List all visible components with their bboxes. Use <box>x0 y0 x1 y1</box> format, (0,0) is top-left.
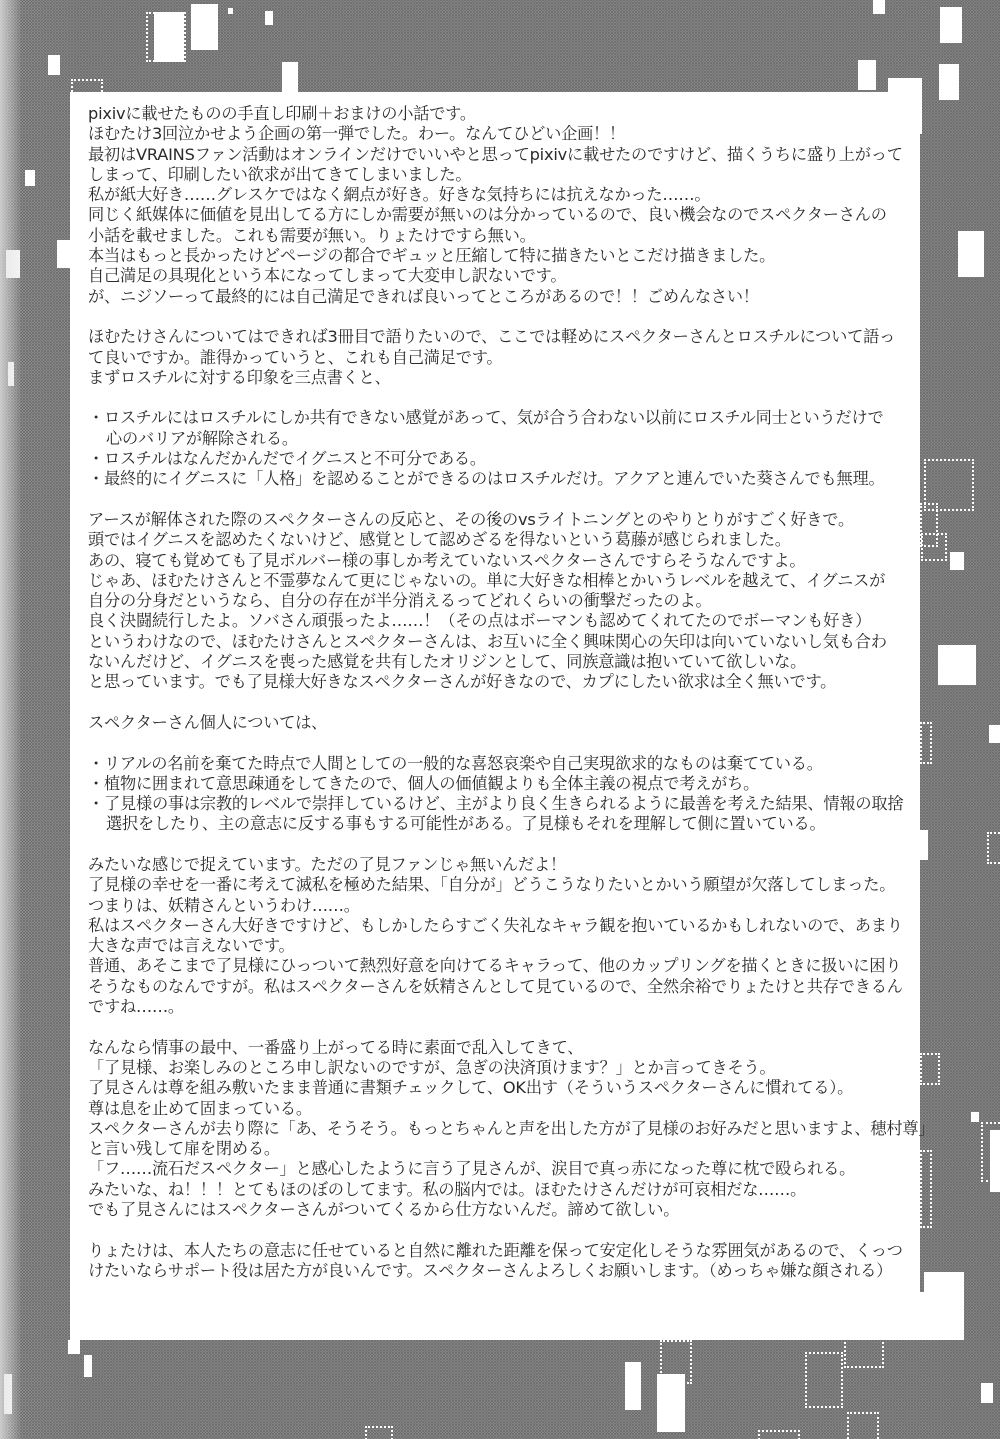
decor-block <box>191 4 218 50</box>
text-line: みたいな、ね！！！とてもほのぼのしてます。私の脳内では。ほむたけさんだけが可哀相… <box>88 1180 908 1200</box>
text-line: ほむたけ3回泣かせよう企画の第一弾でした。わー。なんてひどい企画！！ <box>88 124 908 144</box>
decor-outline <box>920 722 932 764</box>
text-line: ですね……。 <box>88 997 908 1017</box>
text-line: と思っています。でも了見様大好きなスペクターさんが好きなので、カプにしたい欲求は… <box>88 672 908 692</box>
text-line: けたいならサポート役は居た方が良いんです。スペクターさんよろしくお願いします。（… <box>88 1261 908 1281</box>
decor-block <box>939 64 959 100</box>
afterword-text: pixivに載せたものの手直し印刷＋おまけの小話です。 ほむたけ3回泣かせよう企… <box>88 104 908 1302</box>
text-line: ないんだけど、イグニスを喪った感覚を共有したオリジンとして、同族意識は抱いていて… <box>88 652 908 672</box>
text-line: て良いですか。誰得かっていうと、これも自己満足です。 <box>88 348 908 368</box>
paragraph-loschil-intro: ほむたけさんについてはできれば3冊目で語りたいので、ここでは軽めにスペクターさん… <box>88 327 908 388</box>
decor-block <box>950 552 964 570</box>
decor-block <box>920 830 928 860</box>
text-line: 了見様の幸せを一番に考えて滅私を極めた結果、「自分が」どうこうなりたいとかいう願… <box>88 875 908 895</box>
decor-block <box>8 362 14 386</box>
decor-block <box>625 1362 641 1410</box>
decor-block <box>938 645 976 685</box>
decor-outline <box>921 533 947 561</box>
list-item: ・植物に囲まれて意思疎通をしてきたので、個人の価値観よりも全体主義の視点で考えが… <box>88 774 908 794</box>
text-line: しまって、印刷したい欲求が出てきてしまいました。 <box>88 165 908 185</box>
decor-block <box>873 0 885 14</box>
decor-outline <box>758 1430 800 1439</box>
text-line: 心のバリアが解除される。 <box>88 429 908 449</box>
text-line: ・植物に囲まれて意思疎通をしてきたので、個人の価値観よりも全体主義の視点で考えが… <box>88 774 908 794</box>
decor-block <box>282 62 298 92</box>
text-line: ・ロスチルにはロスチルにしか共有できない感覚があって、気が合う合わない以前にロス… <box>88 408 908 428</box>
text-line: なんなら情事の最中、一番盛り上がってる時に素面で乱入してきて、 <box>88 1038 908 1058</box>
panel-notch <box>918 1292 962 1340</box>
text-line: 選択をしたり、主の意志に反する事もする可能性がある。了見様もそれを理解して側に置… <box>88 814 908 834</box>
text-line: 最初はVRAINSファン活動はオンラインだけでいいやと思ってpixivに載せたの… <box>88 145 908 165</box>
text-line: と言い残して扉を閉める。 <box>88 1139 908 1159</box>
decor-outline <box>920 1053 940 1085</box>
decor-outline <box>987 832 1000 864</box>
decor-block <box>25 170 35 186</box>
decor-outline <box>660 1340 692 1384</box>
text-line: ・リアルの名前を棄てた時点で人間としての一般的な喜怒哀楽や自己実現欲求的なものは… <box>88 754 908 774</box>
text-line: スペクターさんが去り際に「あ、そうそう。もっとちゃんと声を出した方が了見様のお好… <box>88 1119 908 1139</box>
text-line: アースが解体された際のスペクターさんの反応と、その後のvsライトニングとのやりと… <box>88 510 908 530</box>
text-line: りょたけは、本人たちの意志に任せていると自然に離れた距離を保って安定化しそうな雰… <box>88 1241 908 1261</box>
paragraph-intro: pixivに載せたものの手直し印刷＋おまけの小話です。 ほむたけ3回泣かせよう企… <box>88 104 908 307</box>
decor-block <box>990 1130 1000 1192</box>
text-line: 「了見様、お楽しみのところ申し訳ないのですが、急ぎの決済頂けます？」とか言ってき… <box>88 1058 908 1078</box>
decor-block <box>4 1374 12 1414</box>
text-line: 頭ではイグニスを認めたくないけど、感覚として認めざるを得ないという葛藤が感じられ… <box>88 530 908 550</box>
text-line: みたいな感じで捉えています。ただの了見ファンじゃ無いんだよ！ <box>88 855 908 875</box>
text-line: まずロスチルに対する印象を三点書くと、 <box>88 368 908 388</box>
text-line: ・最終的にイグニスに「人格」を認めることができるのはロスチルだけ。アクアと連んで… <box>88 469 908 489</box>
text-line: 普通、あそこまで了見様にひっついて熱烈好意を向けてるキャラって、他のカップリング… <box>88 956 908 976</box>
decor-block <box>971 1112 979 1122</box>
bullet-list-loschil: ・ロスチルにはロスチルにしか共有できない感覚があって、気が合う合わない以前にロス… <box>88 408 908 489</box>
list-item: ・ロスチルにはロスチルにしか共有できない感覚があって、気が合う合わない以前にロス… <box>88 408 908 449</box>
decor-block <box>265 11 273 25</box>
text-line: というわけなので、ほむたけさんとスペクターさんは、お互いに全く興味関心の矢印は向… <box>88 632 908 652</box>
text-line: つまりは、妖精さんというわけ……。 <box>88 896 908 916</box>
text-line: ほむたけさんについてはできれば3冊目で語りたいので、ここでは軽めにスペクターさん… <box>88 327 908 347</box>
decor-outline <box>847 1412 879 1439</box>
text-line: が、ニジソーって最終的には自己満足できれば良いってところがあるので！！ごめんなさ… <box>88 287 908 307</box>
decor-block <box>940 7 962 43</box>
decor-outline <box>920 1150 932 1228</box>
text-line: でも了見さんにはスペクターさんがついてくるから仕方ないんだ。諦めて欲しい。 <box>88 1200 908 1220</box>
list-item: ・了見様の事は宗教的レベルで崇拝しているけど、主がより良く生きられるように最善を… <box>88 794 908 835</box>
decor-block <box>84 1355 92 1377</box>
text-line: 自己満足の具現化という本になってしまって大変申し訳ないです。 <box>88 266 908 286</box>
text-line: 「フ……流石だスペクター」と感心したように言う了見さんが、涙目で真っ赤になった尊… <box>88 1159 908 1179</box>
decor-outline <box>805 1352 843 1408</box>
text-line: 了見さんは尊を組み敷いたまま普通に書類チェックして、OK出す（そういうスペクター… <box>88 1078 908 1098</box>
text-line: 本当はもっと長かったけどページの都合でギュッと圧縮して特に描きたいとこだけ描きま… <box>88 246 908 266</box>
paragraph-closing: りょたけは、本人たちの意志に任せていると自然に離れた距離を保って安定化しそうな雰… <box>88 1241 908 1282</box>
decor-block <box>228 8 233 14</box>
decor-block <box>989 725 1000 743</box>
list-item: ・リアルの名前を棄てた時点で人間としての一般的な喜怒哀楽や自己実現欲求的なものは… <box>88 754 908 774</box>
decor-block <box>48 55 60 75</box>
text-line: あの、寝ても覚めても了見ボルバー様の事しか考えていないスペクターさんですらそうな… <box>88 551 908 571</box>
text-line: pixivに載せたものの手直し印刷＋おまけの小話です。 <box>88 104 908 124</box>
text-line: 私が紙大好き……グレスケではなく網点が好き。好きな気持ちには抗えなかった……。 <box>88 185 908 205</box>
list-item: ・最終的にイグニスに「人格」を認めることができるのはロスチルだけ。アクアと連んで… <box>88 469 908 489</box>
decor-block <box>981 1383 993 1403</box>
text-line: そうなものなんですが。私はスペクターさんを妖精さんとして見ているので、全然余裕で… <box>88 977 908 997</box>
text-line: 同じく紙媒体に価値を見出してる方にしか需要が無いのは分かっているので、良い機会な… <box>88 205 908 225</box>
text-line: ・了見様の事は宗教的レベルで崇拝しているけど、主がより良く生きられるように最善を… <box>88 794 908 814</box>
paragraph-earth: アースが解体された際のスペクターさんの反応と、その後のvsライトニングとのやりと… <box>88 510 908 693</box>
text-line: じゃあ、ほむたけさんと不霊夢なんて更にじゃないの。単に大好きな相棒とかいうレベル… <box>88 571 908 591</box>
bullet-list-specter: ・リアルの名前を棄てた時点で人間としての一般的な喜怒哀楽や自己実現欲求的なものは… <box>88 754 908 835</box>
decor-block <box>858 60 876 90</box>
text-line: 私はスペクターさん大好きですけど、もしかしたらすごく失礼なキャラ観を抱いているか… <box>88 916 908 936</box>
text-line: 尊は息を止めて固まっている。 <box>88 1099 908 1119</box>
decor-block <box>6 250 20 278</box>
decor-block <box>68 1340 80 1354</box>
text-line: 良く決闘続行したよ。ソバさん頑張ったよ……！（その点はボーマンも認めてくれてたの… <box>88 611 908 631</box>
text-line: 自分の分身だというなら、自分の存在が半分消えるってどれくらいの衝撃だったのよ。 <box>88 591 908 611</box>
scanned-page: pixivに載せたものの手直し印刷＋おまけの小話です。 ほむたけ3回泣かせよう企… <box>0 0 1000 1439</box>
decor-outline <box>844 1338 884 1368</box>
text-line: ・ロスチルはなんだかんだでイグニスと不可分である。 <box>88 449 908 469</box>
text-line: スペクターさん個人については、 <box>88 713 908 733</box>
text-line: 小話を載せました。これも需要が無い。りょたけですら無い。 <box>88 226 908 246</box>
paragraph-scene: なんなら情事の最中、一番盛り上がってる時に素面で乱入してきて、 「了見様、お楽し… <box>88 1038 908 1221</box>
decor-block <box>958 231 984 277</box>
decor-block <box>57 240 71 268</box>
decor-outline <box>365 1426 393 1439</box>
paragraph-fairy: みたいな感じで捉えています。ただの了見ファンじゃ無いんだよ！ 了見様の幸せを一番… <box>88 855 908 1017</box>
text-line: 大きな声では言えないです。 <box>88 936 908 956</box>
list-item: ・ロスチルはなんだかんだでイグニスと不可分である。 <box>88 449 908 469</box>
decor-outline <box>146 12 186 62</box>
paragraph-specter-intro: スペクターさん個人については、 <box>88 713 908 733</box>
